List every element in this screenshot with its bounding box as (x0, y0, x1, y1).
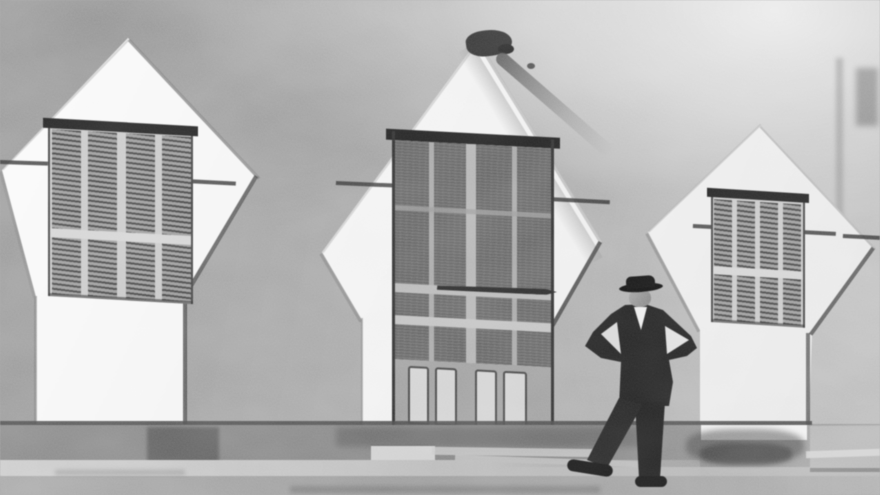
standing-man (565, 276, 705, 488)
louver-leaf (162, 135, 191, 302)
glazing-muntin (429, 142, 434, 361)
ground-smudge (55, 470, 185, 475)
photo-canvas (0, 0, 880, 495)
wall-stain (856, 68, 878, 126)
door-jamb (392, 131, 395, 429)
centre-double-door (392, 131, 554, 437)
door-panel (475, 369, 497, 428)
louver-leaf (52, 129, 81, 296)
ground-smudge (290, 486, 600, 493)
window-frame (711, 190, 713, 322)
window-frame (48, 120, 50, 296)
window-frame (803, 196, 805, 328)
louver-leaf (126, 133, 155, 300)
door-glazing-grid (395, 140, 551, 367)
louver-leaf (783, 203, 801, 325)
step-edge (810, 468, 880, 472)
louver-leaf (760, 202, 778, 324)
hat-crown (626, 275, 656, 289)
glazing-muntin (512, 146, 517, 365)
right-shutter-window (711, 190, 805, 328)
door-centre-stile (466, 144, 476, 364)
louver-leaf (714, 199, 732, 321)
window-frame (191, 128, 193, 304)
figure-shadow (700, 443, 792, 465)
apex-speck (527, 63, 535, 69)
louver-leaf (737, 201, 755, 323)
left-shutter-window (48, 120, 193, 304)
shoe (635, 476, 667, 487)
door-panel (408, 366, 429, 425)
pedestal-edge-shadow (183, 296, 187, 424)
pedestal-edge-shadow (34, 296, 37, 424)
door-jamb (551, 139, 554, 437)
pedestal-edge-shadow (361, 318, 363, 425)
louver-leaf (88, 131, 117, 298)
door-panel (435, 367, 457, 426)
photograph (0, 0, 880, 495)
